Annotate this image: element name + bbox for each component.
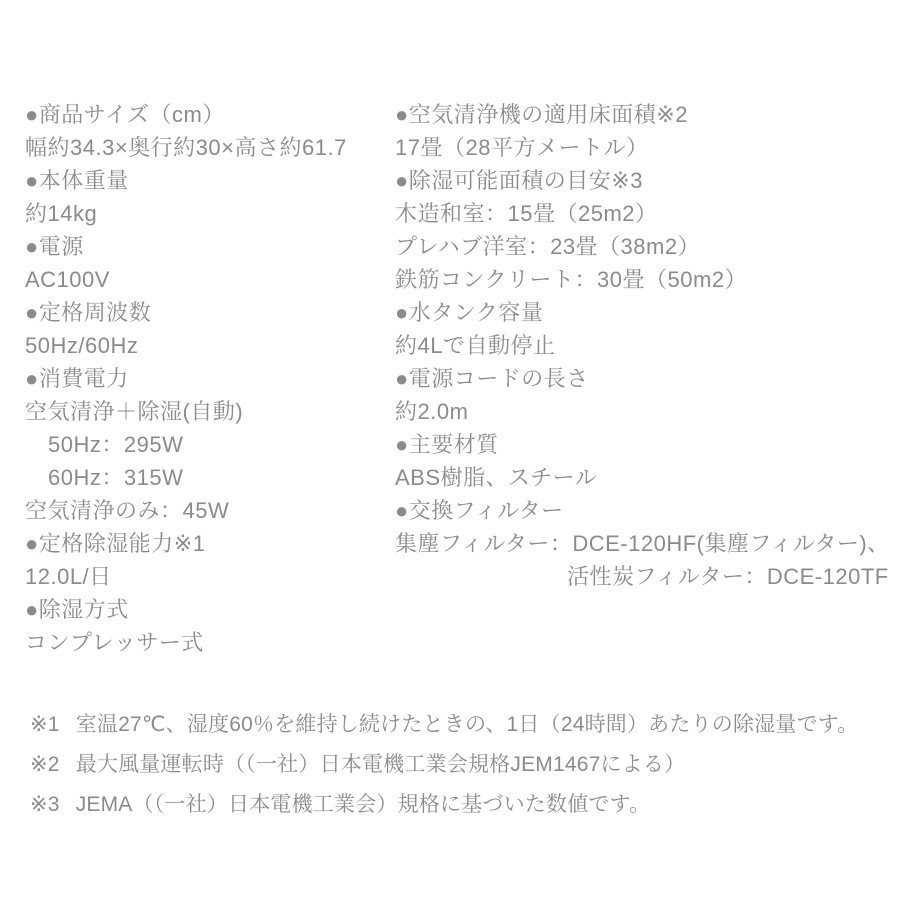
footnote-2: ※2最大風量運転時（（一社）日本電機工業会規格JEM1467による） bbox=[30, 745, 900, 785]
spec-heading-water-tank: ●水タンク容量 bbox=[395, 296, 900, 329]
footnote-1: ※1室温27℃、湿度60％を維持し続けたときの、1日（24時間）あたりの除湿量で… bbox=[30, 705, 900, 745]
spec-value-water-tank: 約4Lで自動停止 bbox=[395, 329, 900, 362]
spec-value-power-air-clean-only: 空気清浄のみ：45W bbox=[25, 494, 395, 527]
footnote-2-text: 最大風量運転時（（一社）日本電機工業会規格JEM1467による） bbox=[76, 753, 686, 776]
footnote-1-text: 室温27℃、湿度60％を維持し続けたときの、1日（24時間）あたりの除湿量です。 bbox=[76, 713, 859, 736]
spec-value-power-source: AC100V bbox=[25, 263, 395, 296]
spec-value-material: ABS樹脂、スチール bbox=[395, 461, 900, 494]
spec-column-left: ●商品サイズ（cm） 幅約34.3×奥行約30×高さ約61.7 ●本体重量 約1… bbox=[25, 98, 395, 659]
spec-heading-power-consumption: ●消費電力 bbox=[25, 362, 395, 395]
spec-value-power-consumption-mode: 空気清浄＋除湿(自動) bbox=[25, 395, 395, 428]
spec-heading-product-size: ●商品サイズ（cm） bbox=[25, 98, 395, 131]
footnote-2-mark: ※2 bbox=[30, 745, 60, 785]
spec-columns: ●商品サイズ（cm） 幅約34.3×奥行約30×高さ約61.7 ●本体重量 約1… bbox=[0, 0, 900, 659]
spec-value-prefab-room: プレハブ洋室：23畳（38m2） bbox=[395, 230, 900, 263]
spec-value-carbon-filter: 活性炭フィルター：DCE-120TF bbox=[395, 560, 900, 593]
spec-column-right: ●空気清浄機の適用床面積※2 17畳（28平方メートル） ●除湿可能面積の目安※… bbox=[395, 98, 900, 659]
footnote-3: ※3JEMA（（一社）日本電機工業会）規格に基づいた数値です。 bbox=[30, 785, 900, 825]
spec-value-dust-filter: 集塵フィルター：DCE-120HF(集塵フィルター)、 bbox=[395, 527, 900, 560]
footnote-3-mark: ※3 bbox=[30, 785, 60, 825]
footnote-3-text: JEMA（（一社）日本電機工業会）規格に基づいた数値です。 bbox=[76, 793, 651, 816]
spec-value-weight: 約14kg bbox=[25, 197, 395, 230]
spec-value-concrete-room: 鉄筋コンクリート：30畳（50m2） bbox=[395, 263, 900, 296]
spec-value-cord-length: 約2.0m bbox=[395, 395, 900, 428]
spec-heading-power-source: ●電源 bbox=[25, 230, 395, 263]
spec-value-rated-frequency: 50Hz/60Hz bbox=[25, 329, 395, 362]
footnotes: ※1室温27℃、湿度60％を維持し続けたときの、1日（24時間）あたりの除湿量で… bbox=[0, 659, 900, 825]
spec-heading-dehumidify-method: ●除湿方式 bbox=[25, 593, 395, 626]
footnote-1-mark: ※1 bbox=[30, 705, 60, 745]
spec-heading-dehumidify-area-guide: ●除湿可能面積の目安※3 bbox=[395, 164, 900, 197]
spec-value-dehumidify-capacity: 12.0L/日 bbox=[25, 560, 395, 593]
spec-heading-rated-frequency: ●定格周波数 bbox=[25, 296, 395, 329]
spec-value-power-60hz: 60Hz：315W bbox=[25, 461, 395, 494]
spec-value-air-clean-floor-area: 17畳（28平方メートル） bbox=[395, 131, 900, 164]
spec-heading-dehumidify-capacity: ●定格除湿能力※1 bbox=[25, 527, 395, 560]
spec-value-power-50hz: 50Hz：295W bbox=[25, 428, 395, 461]
spec-value-wooden-room: 木造和室：15畳（25m2） bbox=[395, 197, 900, 230]
spec-heading-replacement-filter: ●交換フィルター bbox=[395, 494, 900, 527]
spec-heading-material: ●主要材質 bbox=[395, 428, 900, 461]
spec-heading-air-clean-floor-area: ●空気清浄機の適用床面積※2 bbox=[395, 98, 900, 131]
spec-value-dehumidify-method: コンプレッサー式 bbox=[25, 626, 395, 659]
spec-heading-cord-length: ●電源コードの長さ bbox=[395, 362, 900, 395]
product-spec-page: ●商品サイズ（cm） 幅約34.3×奥行約30×高さ約61.7 ●本体重量 約1… bbox=[0, 0, 900, 900]
spec-value-product-size: 幅約34.3×奥行約30×高さ約61.7 bbox=[25, 131, 395, 164]
spec-heading-weight: ●本体重量 bbox=[25, 164, 395, 197]
